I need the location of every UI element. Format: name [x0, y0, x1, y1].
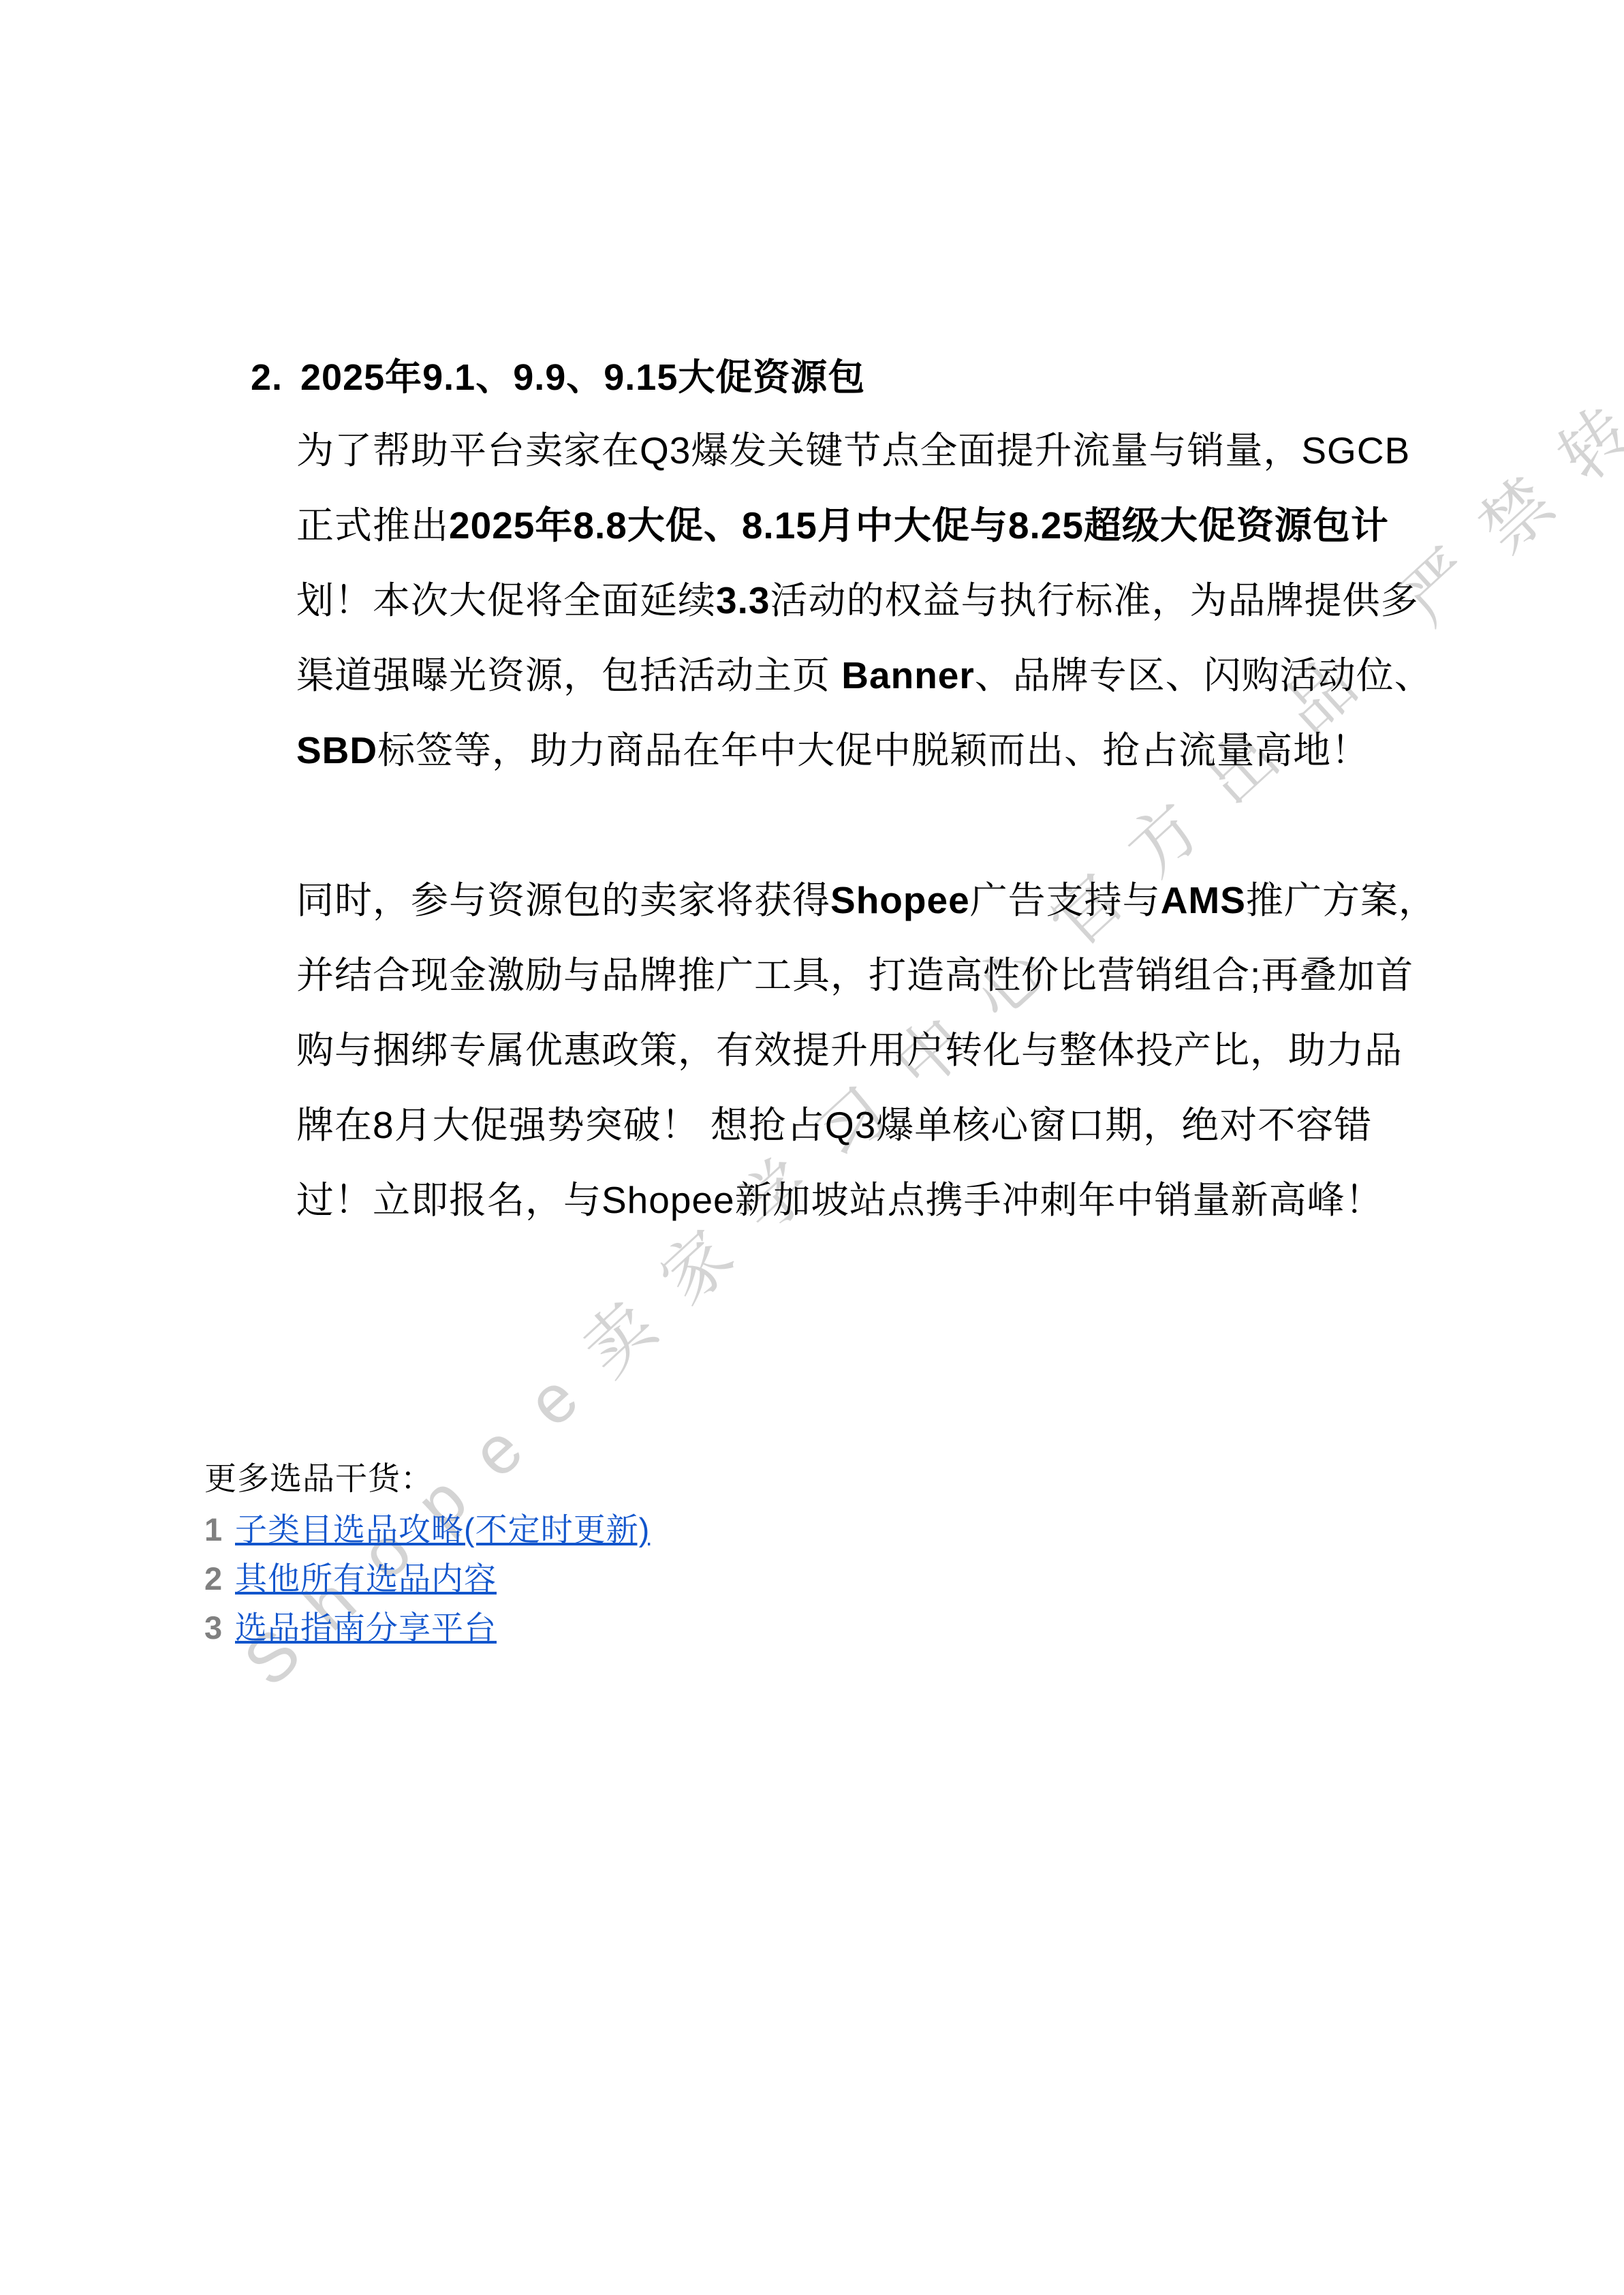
text-run: 牌在8月大促强势突破！ 想抢占Q3爆单核心窗口期，绝对不容错 — [296, 1104, 1372, 1146]
text-run: 为了帮助平台卖家在Q3爆发关键节点全面提升流量与销量，SGCB — [296, 429, 1410, 472]
bold-text-run: Shopee — [830, 879, 970, 921]
section-heading: 2.2025年9.1、9.9、9.15大促资源包 — [251, 357, 865, 398]
text-run: 正式推出 — [296, 504, 449, 546]
link-number: 2 — [204, 1554, 223, 1603]
text-line: 划！本次大促将全面延续3.3活动的权益与执行标准，为品牌提供多 — [296, 563, 1427, 638]
text-run: 渠道强曝光资源，包括活动主页 — [296, 654, 841, 696]
footer-label: 更多选品干货： — [204, 1458, 433, 1499]
link-item: 3选品指南分享平台 — [204, 1603, 650, 1652]
document-page: Shopee卖家学习中心官方出品 严禁转载 2.2025年9.1、9.9、9.1… — [0, 0, 1624, 2295]
text-run: 划！本次大促将全面延续 — [296, 579, 716, 621]
text-run: 标签等，助力商品在年中大促中脱颖而出、抢占流量高地！ — [377, 729, 1369, 771]
heading-number: 2. — [251, 357, 300, 398]
text-line: SBD标签等，助力商品在年中大促中脱颖而出、抢占流量高地！ — [296, 713, 1427, 788]
text-line: 并结合现金激励与品牌推广工具，打造高性价比营销组合;再叠加首 — [296, 938, 1427, 1013]
text-line: 为了帮助平台卖家在Q3爆发关键节点全面提升流量与销量，SGCB — [296, 413, 1427, 488]
link-number: 1 — [204, 1505, 223, 1554]
text-run: 同时，参与资源包的卖家将获得 — [296, 879, 830, 921]
text-run: 、品牌专区、闪购活动位、 — [975, 654, 1433, 696]
paragraph-promo-intro: 为了帮助平台卖家在Q3爆发关键节点全面提升流量与销量，SGCB正式推出2025年… — [296, 413, 1427, 788]
text-run: 购与捆绑专属优惠政策，有效提升用户转化与整体投产比，助力品 — [296, 1029, 1403, 1071]
link-anchor[interactable]: 选品指南分享平台 — [235, 1609, 497, 1646]
heading-text: 2025年9.1、9.9、9.15大促资源包 — [300, 357, 865, 398]
link-anchor[interactable]: 子类目选品攻略(不定时更新) — [235, 1511, 650, 1547]
text-line: 牌在8月大促强势突破！ 想抢占Q3爆单核心窗口期，绝对不容错 — [296, 1088, 1427, 1162]
text-run: 推广方案， — [1246, 879, 1437, 921]
link-number: 3 — [204, 1603, 223, 1652]
bold-text-run: 3.3 — [716, 579, 770, 621]
text-run: 过！立即报名，与Shopee新加坡站点携手冲刺年中销量新高峰！ — [296, 1179, 1384, 1221]
footer-links: 1子类目选品攻略(不定时更新)2其他所有选品内容3选品指南分享平台 — [204, 1505, 650, 1652]
text-line: 过！立即报名，与Shopee新加坡站点携手冲刺年中销量新高峰！ — [296, 1162, 1427, 1237]
link-anchor[interactable]: 其他所有选品内容 — [235, 1560, 497, 1597]
link-item: 2其他所有选品内容 — [204, 1554, 650, 1603]
text-line: 正式推出2025年8.8大促、8.15月中大促与8.25超级大促资源包计 — [296, 488, 1427, 563]
text-line: 购与捆绑专属优惠政策，有效提升用户转化与整体投产比，助力品 — [296, 1013, 1427, 1088]
paragraph-promo-benefits: 同时，参与资源包的卖家将获得Shopee广告支持与AMS推广方案，并结合现金激励… — [296, 863, 1427, 1237]
bold-text-run: SBD — [296, 729, 377, 771]
text-line: 渠道强曝光资源，包括活动主页 Banner、品牌专区、闪购活动位、 — [296, 638, 1427, 713]
bold-text-run: 2025年8.8大促、8.15月中大促与8.25超级大促资源包计 — [449, 504, 1389, 546]
link-item: 1子类目选品攻略(不定时更新) — [204, 1505, 650, 1554]
text-line: 同时，参与资源包的卖家将获得Shopee广告支持与AMS推广方案， — [296, 863, 1427, 938]
bold-text-run: Banner — [841, 654, 975, 696]
text-run: 活动的权益与执行标准，为品牌提供多 — [770, 579, 1418, 621]
text-run: 广告支持与 — [970, 879, 1161, 921]
bold-text-run: AMS — [1161, 879, 1246, 921]
text-run: 并结合现金激励与品牌推广工具，打造高性价比营销组合;再叠加首 — [296, 954, 1414, 996]
